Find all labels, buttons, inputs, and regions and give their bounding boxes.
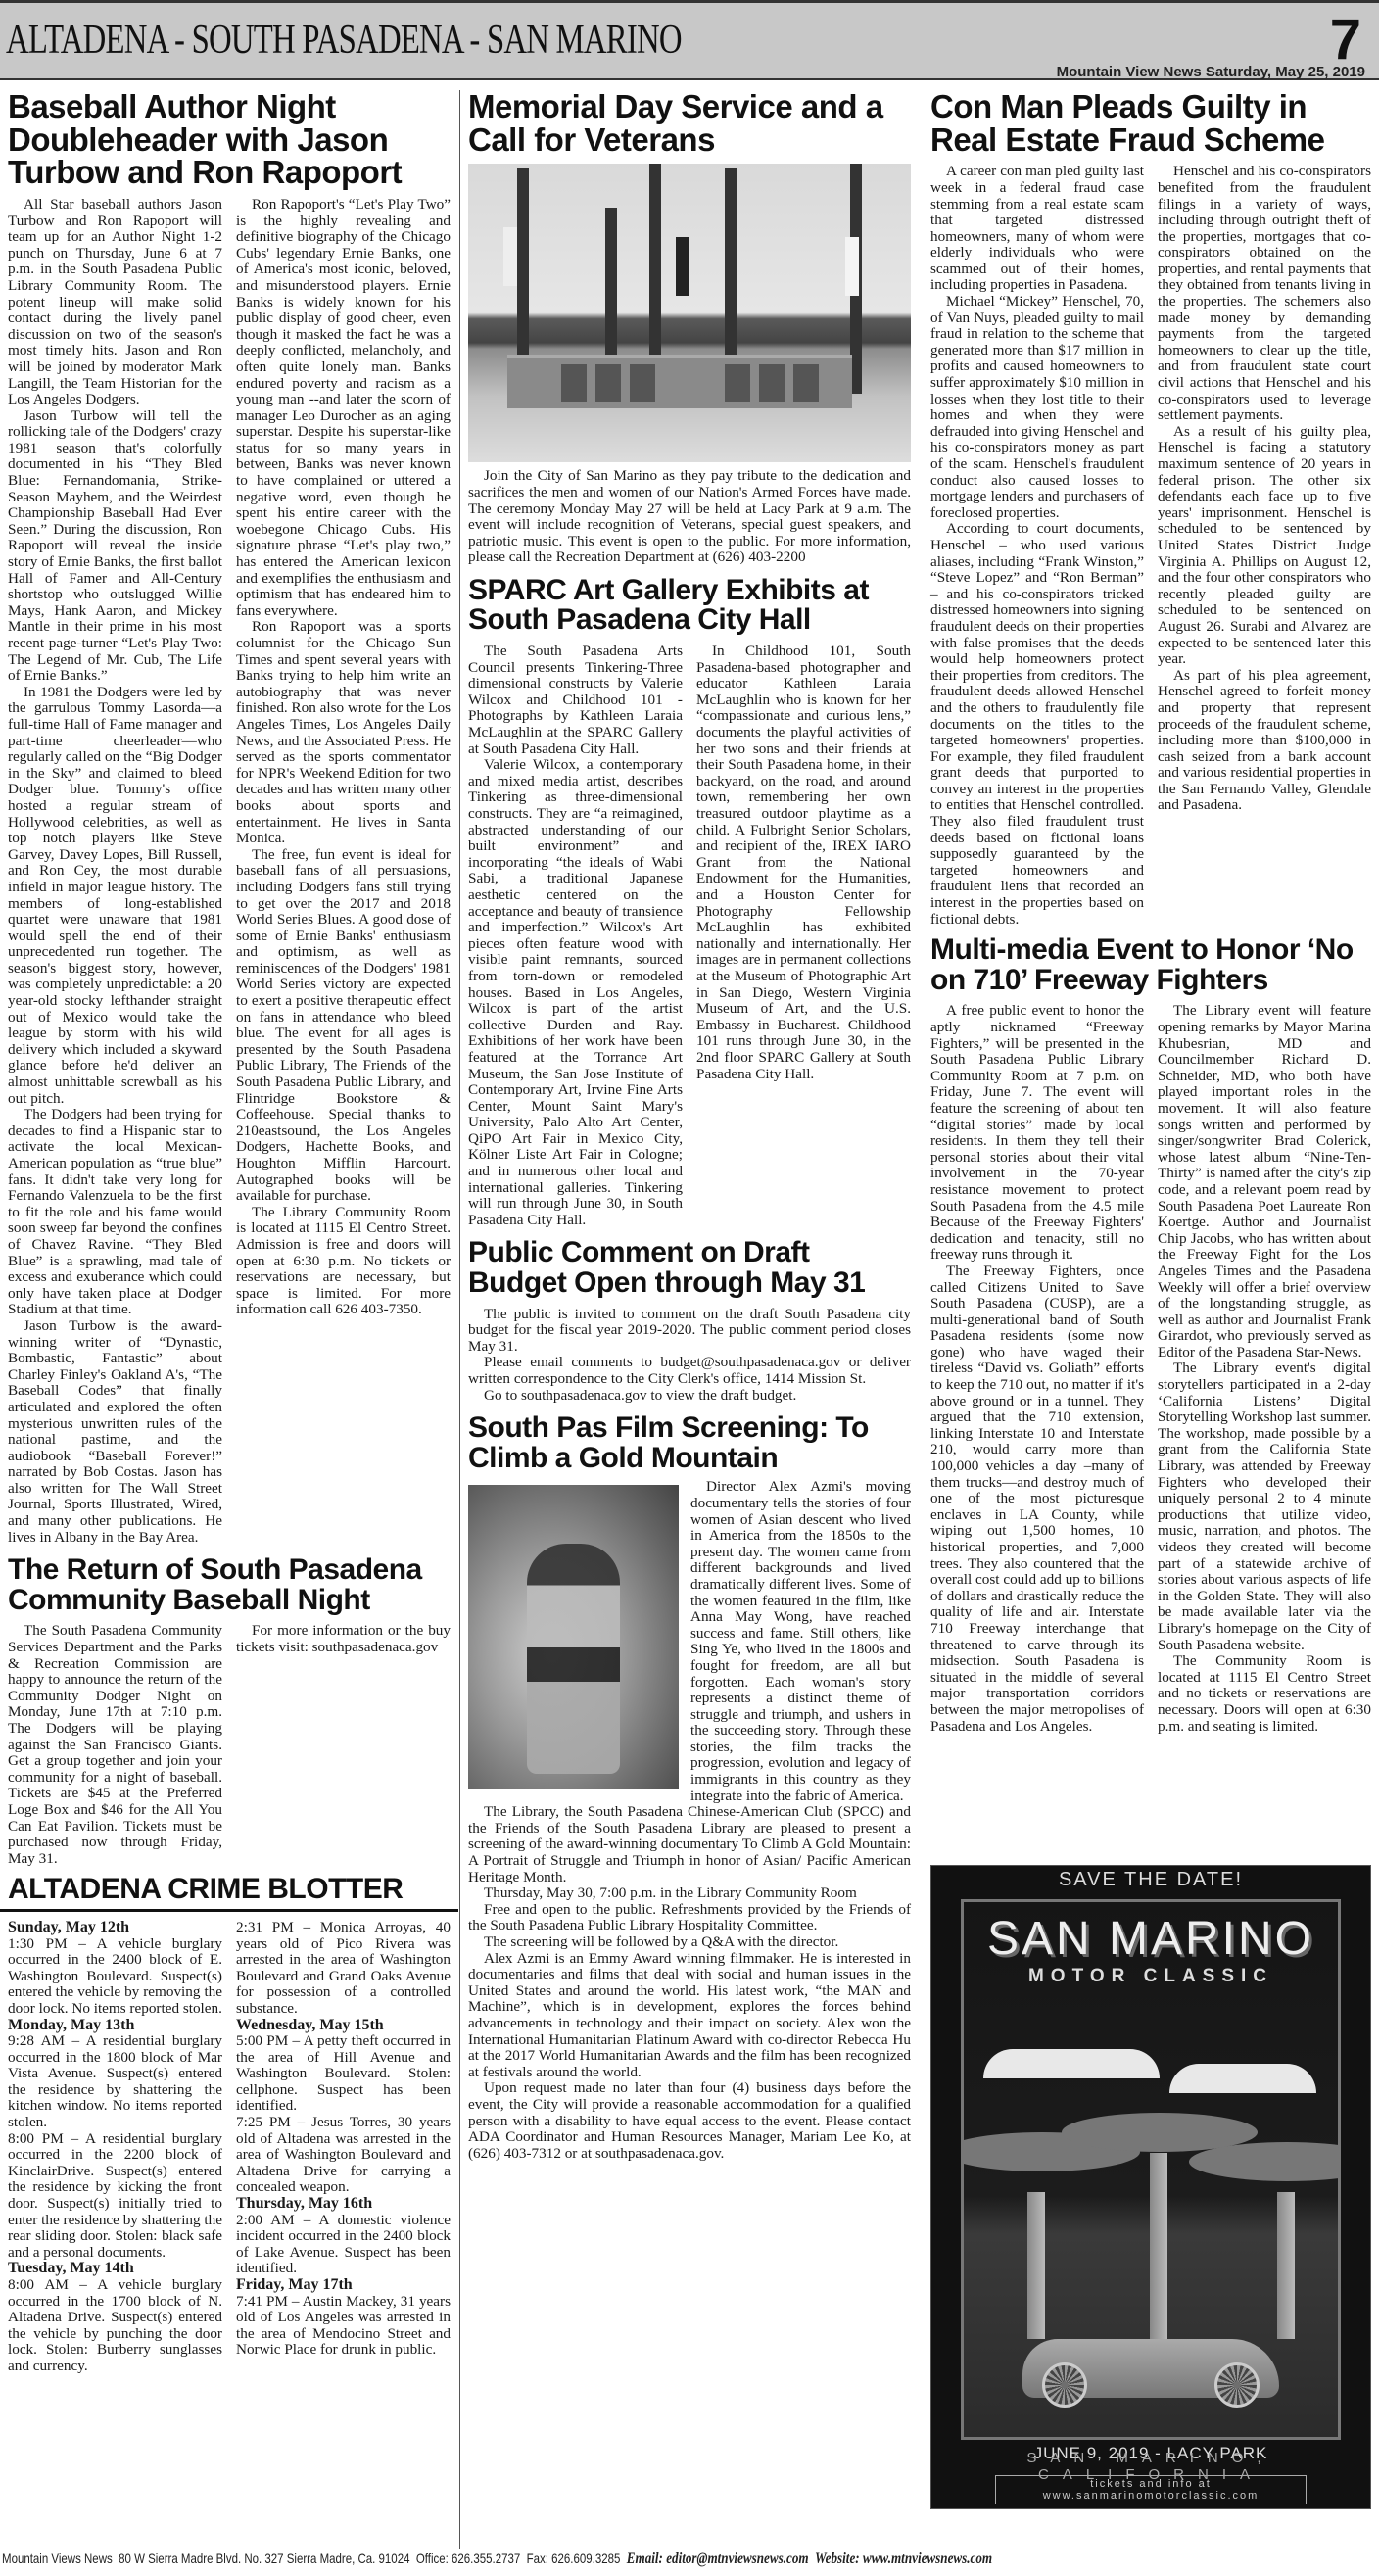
memorial-photo <box>468 164 911 462</box>
paragraph: The South Pasadena Community Services De… <box>8 1623 222 1867</box>
column-center: Memorial Day Service and a Call for Vete… <box>468 90 911 2162</box>
blotter-day: Friday, May 17th <box>236 2277 451 2294</box>
blotter-day: Sunday, May 12th <box>8 1920 222 1936</box>
ad-kicker: SAVE THE DATE! <box>931 1866 1370 1891</box>
blotter-body: Sunday, May 12th 1:30 PM – A vehicle bur… <box>8 1920 451 2375</box>
article-sparc-gallery: SPARC Art Gallery Exhibits at South Pasa… <box>468 576 911 1229</box>
column-left: Baseball Author Night Doubleheader with … <box>8 90 451 2375</box>
article-body: The South Pasadena Community Services De… <box>8 1623 451 1867</box>
headline: Public Comment on Draft Budget Open thro… <box>468 1238 911 1298</box>
blotter-day: Wednesday, May 15th <box>236 2018 451 2034</box>
paragraph: A career con man pled guilty last week i… <box>930 164 1144 294</box>
article-con-man: Con Man Pleads Guilty in Real Estate Fra… <box>930 90 1371 928</box>
paragraph: The Freeway Fighters, once called Citize… <box>930 1264 1144 1735</box>
palm-fronds-icon <box>1189 2142 1341 2181</box>
page-number: 7 <box>1330 7 1361 72</box>
paragraph: The Dodgers had been trying for decades … <box>8 1107 222 1318</box>
article-body: Director Alex Azmi's moving documentary … <box>468 1479 911 2162</box>
blotter-entry: 5:00 PM – A petty theft occurred in the … <box>236 2033 451 2115</box>
wheel-icon <box>1214 2362 1260 2408</box>
paragraph: The public is invited to comment on the … <box>468 1307 911 1356</box>
paragraph: As a result of his guilty plea, Henschel… <box>1158 424 1371 668</box>
paragraph: Thursday, May 30, 7:00 p.m. in the Libra… <box>468 1885 911 1902</box>
paragraph: As part of his plea agreement, Henschel … <box>1158 668 1371 814</box>
article-community-baseball-night: The Return of South Pasadena Community B… <box>8 1555 451 1867</box>
blotter-entry: 8:00 PM – A residential burglary occurre… <box>8 2131 222 2262</box>
footer-email-link[interactable]: Email: editor@mtnviewsnews.com <box>627 2551 809 2567</box>
blotter-entry: 2:00 AM – A domestic violence incident o… <box>236 2213 451 2277</box>
headline: SPARC Art Gallery Exhibits at South Pasa… <box>468 576 911 636</box>
paragraph: The Library event will feature opening r… <box>1158 1003 1371 1360</box>
palm-trunk-icon <box>1277 2192 1295 2339</box>
column-right: Con Man Pleads Guilty in Real Estate Fra… <box>930 90 1371 1735</box>
section-title: ALTADENA - SOUTH PASADENA - SAN MARINO <box>6 17 682 64</box>
ad-tickets-link[interactable]: tickets and info at www.sanmarinomotorcl… <box>995 2475 1307 2504</box>
paragraph: In 1981 the Dodgers were led by the garr… <box>8 685 222 1107</box>
article-body: All Star baseball authors Jason Turbow a… <box>8 197 451 1546</box>
headline: Memorial Day Service and a Call for Vete… <box>468 90 911 156</box>
paragraph: In Childhood 101, South Pasadena-based p… <box>696 644 911 1082</box>
paragraph: Alex Azmi is an Emmy Award winning filmm… <box>468 1951 911 2081</box>
blotter-entry: 7:41 PM – Austin Mackey, 31 years old of… <box>236 2294 451 2359</box>
article-crime-blotter: ALTADENA CRIME BLOTTER Sunday, May 12th … <box>8 1875 451 2374</box>
wheel-icon <box>1042 2362 1087 2408</box>
paragraph: The Community Room is located at 1115 El… <box>1158 1653 1371 1735</box>
paragraph: Jason Turbow is the award-winning writer… <box>8 1318 222 1546</box>
article-body: The public is invited to comment on the … <box>468 1307 911 1405</box>
footer-publisher: Mountain Views News <box>2 2551 113 2566</box>
blotter-entry: 8:00 AM – A vehicle burglary occurred in… <box>8 2277 222 2375</box>
article-freeway-fighters: Multi-media Event to Honor ‘No on 710’ F… <box>930 935 1371 1735</box>
paragraph: Please email comments to budget@southpas… <box>468 1355 911 1387</box>
ad-subtitle: MOTOR CLASSIC <box>964 1966 1338 1987</box>
paragraph: Michael “Mickey” Henschel, 70, of Van Nu… <box>930 294 1144 521</box>
paragraph: Free and open to the public. Refreshment… <box>468 1902 911 1934</box>
masthead: ALTADENA - SOUTH PASADENA - SAN MARINO 7… <box>0 0 1379 80</box>
dateline: Mountain View News Saturday, May 25, 201… <box>1057 64 1365 80</box>
paragraph: Henschel and his co-conspirators benefit… <box>1158 164 1371 424</box>
blotter-entry: 2:31 PM – Monica Arroyas, 40 years old o… <box>236 1920 451 2018</box>
blotter-entry: 7:25 PM – Jesus Torres, 30 years old of … <box>236 2115 451 2196</box>
paragraph: According to court documents, Henschel –… <box>930 521 1144 928</box>
blotter-day: Monday, May 13th <box>8 2018 222 2034</box>
column-divider <box>459 90 460 2549</box>
article-body: Join the City of San Marino as they pay … <box>468 468 911 566</box>
footer-fax: Fax: 626.609.3285 <box>527 2551 621 2566</box>
footer-website-link[interactable]: Website: www.mtnviewsnews.com <box>815 2551 992 2567</box>
headline: ALTADENA CRIME BLOTTER <box>8 1875 451 1905</box>
palm-trunk-icon <box>1027 2192 1045 2339</box>
film-still-photo <box>468 1485 679 1789</box>
article-body: A free public event to honor the aptly n… <box>930 1003 1371 1735</box>
article-film-screening: South Pas Film Screening: To Climb a Gol… <box>468 1413 911 2162</box>
paragraph: Jason Turbow will tell the rollicking ta… <box>8 408 222 685</box>
paragraph: The screening will be followed by a Q&A … <box>468 1934 911 1951</box>
headline: South Pas Film Screening: To Climb a Gol… <box>468 1413 911 1473</box>
article-body: The South Pasadena Arts Council presents… <box>468 644 911 1228</box>
paragraph: All Star baseball authors Jason Turbow a… <box>8 197 222 408</box>
paragraph: Ron Rapoport's “Let's Play Two” is the h… <box>236 197 451 619</box>
paragraph: Ron Rapoport was a sports columnist for … <box>236 619 451 846</box>
blotter-entry: 9:28 AM – A residential burglary occurre… <box>8 2033 222 2131</box>
paragraph: The Library Community Room is located at… <box>236 1205 451 1318</box>
paragraph: The free, fun event is ideal for basebal… <box>236 847 451 1205</box>
palm-trunk-icon <box>1150 2153 1167 2339</box>
paragraph: The South Pasadena Arts Council presents… <box>468 644 683 757</box>
footer-office-phone: Office: 626.355.2737 <box>416 2551 520 2566</box>
article-memorial-day: Memorial Day Service and a Call for Vete… <box>468 90 911 566</box>
ad-title: SAN MARINO <box>964 1912 1338 1966</box>
headline: Baseball Author Night Doubleheader with … <box>8 90 451 189</box>
blotter-day: Tuesday, May 14th <box>8 2261 222 2277</box>
headline: Multi-media Event to Honor ‘No on 710’ F… <box>930 935 1371 995</box>
footer: Mountain Views News 80 W Sierra Madre Bl… <box>0 2551 1379 2576</box>
paragraph: The Library, the South Pasadena Chinese-… <box>468 1804 911 1885</box>
cloud-icon <box>1169 2064 1316 2093</box>
paragraph: Go to southpasadenaca.gov to view the dr… <box>468 1388 911 1405</box>
blotter-day: Thursday, May 16th <box>236 2196 451 2213</box>
cloud-icon <box>983 2049 1160 2078</box>
paragraph: Join the City of San Marino as they pay … <box>468 468 911 566</box>
paragraph: A free public event to honor the aptly n… <box>930 1003 1144 1264</box>
paragraph: The Library event's digital storytellers… <box>1158 1360 1371 1653</box>
blotter-entry: 1:30 PM – A vehicle burglary occurred in… <box>8 1936 222 2018</box>
article-body: A career con man pled guilty last week i… <box>930 164 1371 928</box>
paragraph: Valerie Wilcox, a contemporary and mixed… <box>468 757 683 1228</box>
paragraph: For more information or the buy tickets … <box>236 1623 451 1655</box>
ad-artwork: SAN MARINO MOTOR CLASSIC <box>961 1899 1341 2440</box>
paragraph: Upon request made no later than four (4)… <box>468 2080 911 2162</box>
article-baseball-author-night: Baseball Author Night Doubleheader with … <box>8 90 451 1546</box>
divider <box>0 1909 458 1912</box>
motor-classic-advertisement[interactable]: SAVE THE DATE! SAN MARINO MOTOR CLASSIC … <box>930 1865 1371 2509</box>
headline: Con Man Pleads Guilty in Real Estate Fra… <box>930 90 1371 156</box>
headline: The Return of South Pasadena Community B… <box>8 1555 451 1615</box>
article-draft-budget: Public Comment on Draft Budget Open thro… <box>468 1238 911 1404</box>
footer-address: 80 W Sierra Madre Blvd. No. 327 Sierra M… <box>119 2551 409 2566</box>
